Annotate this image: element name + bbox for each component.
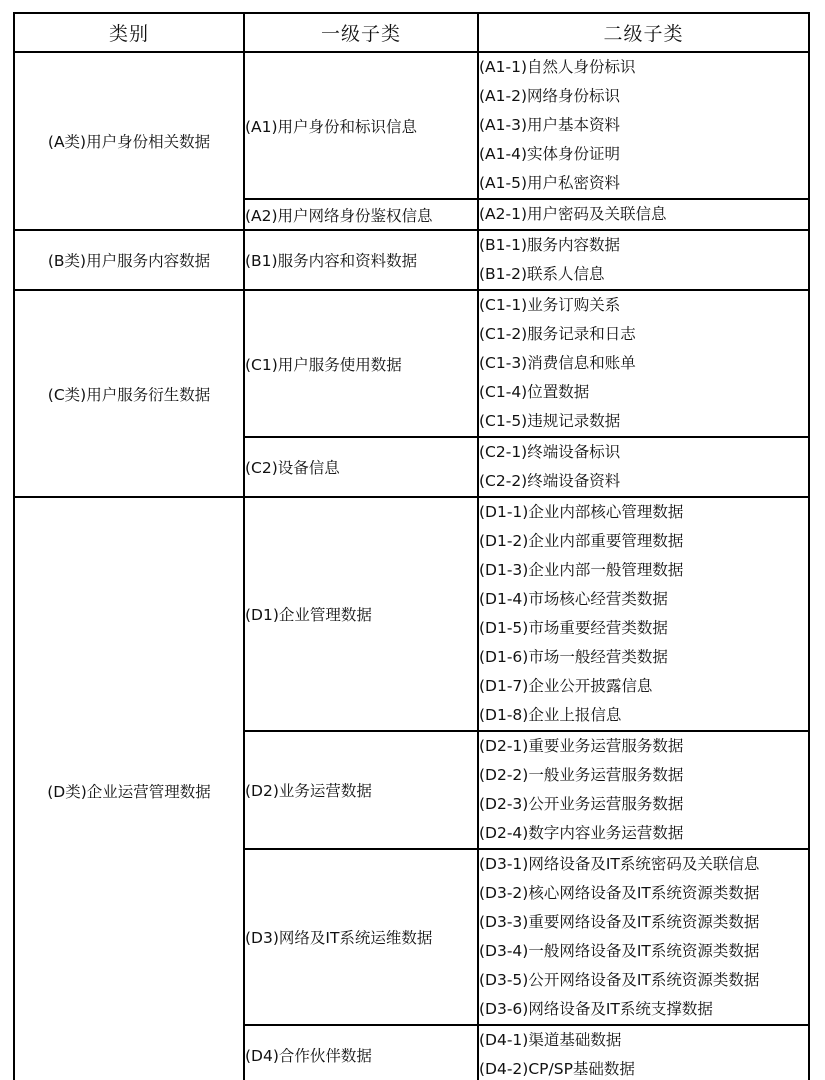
level1-label: (D3)网络及IT系统运维数据: [245, 929, 432, 947]
level2-item: (D1-7)企业公开披露信息: [479, 672, 808, 701]
category-label: (C类)用户服务衍生数据: [48, 386, 210, 404]
level1-cell: (D4)合作伙伴数据: [244, 1025, 478, 1080]
level1-cell: (A2)用户网络身份鉴权信息: [244, 199, 478, 230]
level2-cell: (B1-1)服务内容数据(B1-2)联系人信息: [478, 230, 809, 290]
level2-item: (D2-4)数字内容业务运营数据: [479, 819, 808, 848]
level2-item: (D4-2)CP/SP基础数据: [479, 1055, 808, 1080]
table-row: (B类)用户服务内容数据(B1)服务内容和资料数据(B1-1)服务内容数据(B1…: [14, 230, 809, 290]
level2-item: (D3-3)重要网络设备及IT系统资源类数据: [479, 908, 808, 937]
level1-cell: (A1)用户身份和标识信息: [244, 52, 478, 199]
level2-cell: (C2-1)终端设备标识(C2-2)终端设备资料: [478, 437, 809, 497]
category-label: (B类)用户服务内容数据: [48, 252, 210, 270]
level2-item: (D1-1)企业内部核心管理数据: [479, 498, 808, 527]
level2-item: (D1-6)市场一般经营类数据: [479, 643, 808, 672]
level2-item: (D3-6)网络设备及IT系统支撑数据: [479, 995, 808, 1024]
level1-label: (D1)企业管理数据: [245, 606, 372, 624]
level2-item: (D1-8)企业上报信息: [479, 701, 808, 730]
level2-item: (D3-2)核心网络设备及IT系统资源类数据: [479, 879, 808, 908]
level2-item: (D1-5)市场重要经营类数据: [479, 614, 808, 643]
table-row: (C类)用户服务衍生数据(C1)用户服务使用数据(C1-1)业务订购关系(C1-…: [14, 290, 809, 437]
level2-item: (A1-3)用户基本资料: [479, 111, 808, 140]
level2-item: (C1-2)服务记录和日志: [479, 320, 808, 349]
category-cell: (A类)用户身份相关数据: [14, 52, 244, 230]
category-cell: (C类)用户服务衍生数据: [14, 290, 244, 497]
level1-label: (D2)业务运营数据: [245, 782, 372, 800]
level2-cell: (D3-1)网络设备及IT系统密码及关联信息(D3-2)核心网络设备及IT系统资…: [478, 849, 809, 1025]
level2-item: (C1-3)消费信息和账单: [479, 349, 808, 378]
level1-label: (D4)合作伙伴数据: [245, 1047, 372, 1065]
level1-cell: (D1)企业管理数据: [244, 497, 478, 731]
level2-item: (A1-4)实体身份证明: [479, 140, 808, 169]
level1-cell: (D2)业务运营数据: [244, 731, 478, 849]
level2-item: (A2-1)用户密码及关联信息: [479, 200, 808, 229]
table-row: (D类)企业运营管理数据(D1)企业管理数据(D1-1)企业内部核心管理数据(D…: [14, 497, 809, 731]
category-label: (D类)企业运营管理数据: [47, 783, 211, 801]
level2-item: (D2-2)一般业务运营服务数据: [479, 761, 808, 790]
level2-cell: (A1-1)自然人身份标识(A1-2)网络身份标识(A1-3)用户基本资料(A1…: [478, 52, 809, 199]
level2-item: (D1-4)市场核心经营类数据: [479, 585, 808, 614]
category-cell: (D类)企业运营管理数据: [14, 497, 244, 1080]
header-level1: 一级子类: [244, 13, 478, 52]
category-cell: (B类)用户服务内容数据: [14, 230, 244, 290]
level2-item: (C1-5)违规记录数据: [479, 407, 808, 436]
header-category: 类别: [14, 13, 244, 52]
level2-cell: (C1-1)业务订购关系(C1-2)服务记录和日志(C1-3)消费信息和账单(C…: [478, 290, 809, 437]
level2-cell: (A2-1)用户密码及关联信息: [478, 199, 809, 230]
level2-item: (A1-2)网络身份标识: [479, 82, 808, 111]
level1-cell: (C1)用户服务使用数据: [244, 290, 478, 437]
level1-cell: (C2)设备信息: [244, 437, 478, 497]
level2-item: (D3-4)一般网络设备及IT系统资源类数据: [479, 937, 808, 966]
level2-cell: (D4-1)渠道基础数据(D4-2)CP/SP基础数据: [478, 1025, 809, 1080]
level2-item: (D2-1)重要业务运营服务数据: [479, 732, 808, 761]
level2-item: (B1-1)服务内容数据: [479, 231, 808, 260]
level2-item: (D3-5)公开网络设备及IT系统资源类数据: [479, 966, 808, 995]
level2-item: (C1-1)业务订购关系: [479, 291, 808, 320]
level2-cell: (D1-1)企业内部核心管理数据(D1-2)企业内部重要管理数据(D1-3)企业…: [478, 497, 809, 731]
level2-item: (D1-3)企业内部一般管理数据: [479, 556, 808, 585]
table-row: (A类)用户身份相关数据(A1)用户身份和标识信息(A1-1)自然人身份标识(A…: [14, 52, 809, 199]
level1-label: (B1)服务内容和资料数据: [245, 252, 417, 270]
level2-cell: (D2-1)重要业务运营服务数据(D2-2)一般业务运营服务数据(D2-3)公开…: [478, 731, 809, 849]
header-level2: 二级子类: [478, 13, 809, 52]
data-classification-table: 类别 一级子类 二级子类 (A类)用户身份相关数据(A1)用户身份和标识信息(A…: [13, 12, 810, 1080]
level2-item: (C1-4)位置数据: [479, 378, 808, 407]
level2-item: (D2-3)公开业务运营服务数据: [479, 790, 808, 819]
level2-item: (B1-2)联系人信息: [479, 260, 808, 289]
level2-item: (D1-2)企业内部重要管理数据: [479, 527, 808, 556]
level2-item: (A1-1)自然人身份标识: [479, 53, 808, 82]
level1-label: (A1)用户身份和标识信息: [245, 118, 417, 136]
level2-item: (C2-1)终端设备标识: [479, 438, 808, 467]
level2-item: (D4-1)渠道基础数据: [479, 1026, 808, 1055]
level1-cell: (B1)服务内容和资料数据: [244, 230, 478, 290]
level2-item: (A1-5)用户私密资料: [479, 169, 808, 198]
level2-item: (C2-2)终端设备资料: [479, 467, 808, 496]
header-row: 类别 一级子类 二级子类: [14, 13, 809, 52]
level1-cell: (D3)网络及IT系统运维数据: [244, 849, 478, 1025]
level1-label: (C1)用户服务使用数据: [245, 356, 402, 374]
level2-item: (D3-1)网络设备及IT系统密码及关联信息: [479, 850, 808, 879]
level1-label: (C2)设备信息: [245, 459, 340, 477]
category-label: (A类)用户身份相关数据: [48, 133, 210, 151]
level1-label: (A2)用户网络身份鉴权信息: [245, 207, 433, 225]
